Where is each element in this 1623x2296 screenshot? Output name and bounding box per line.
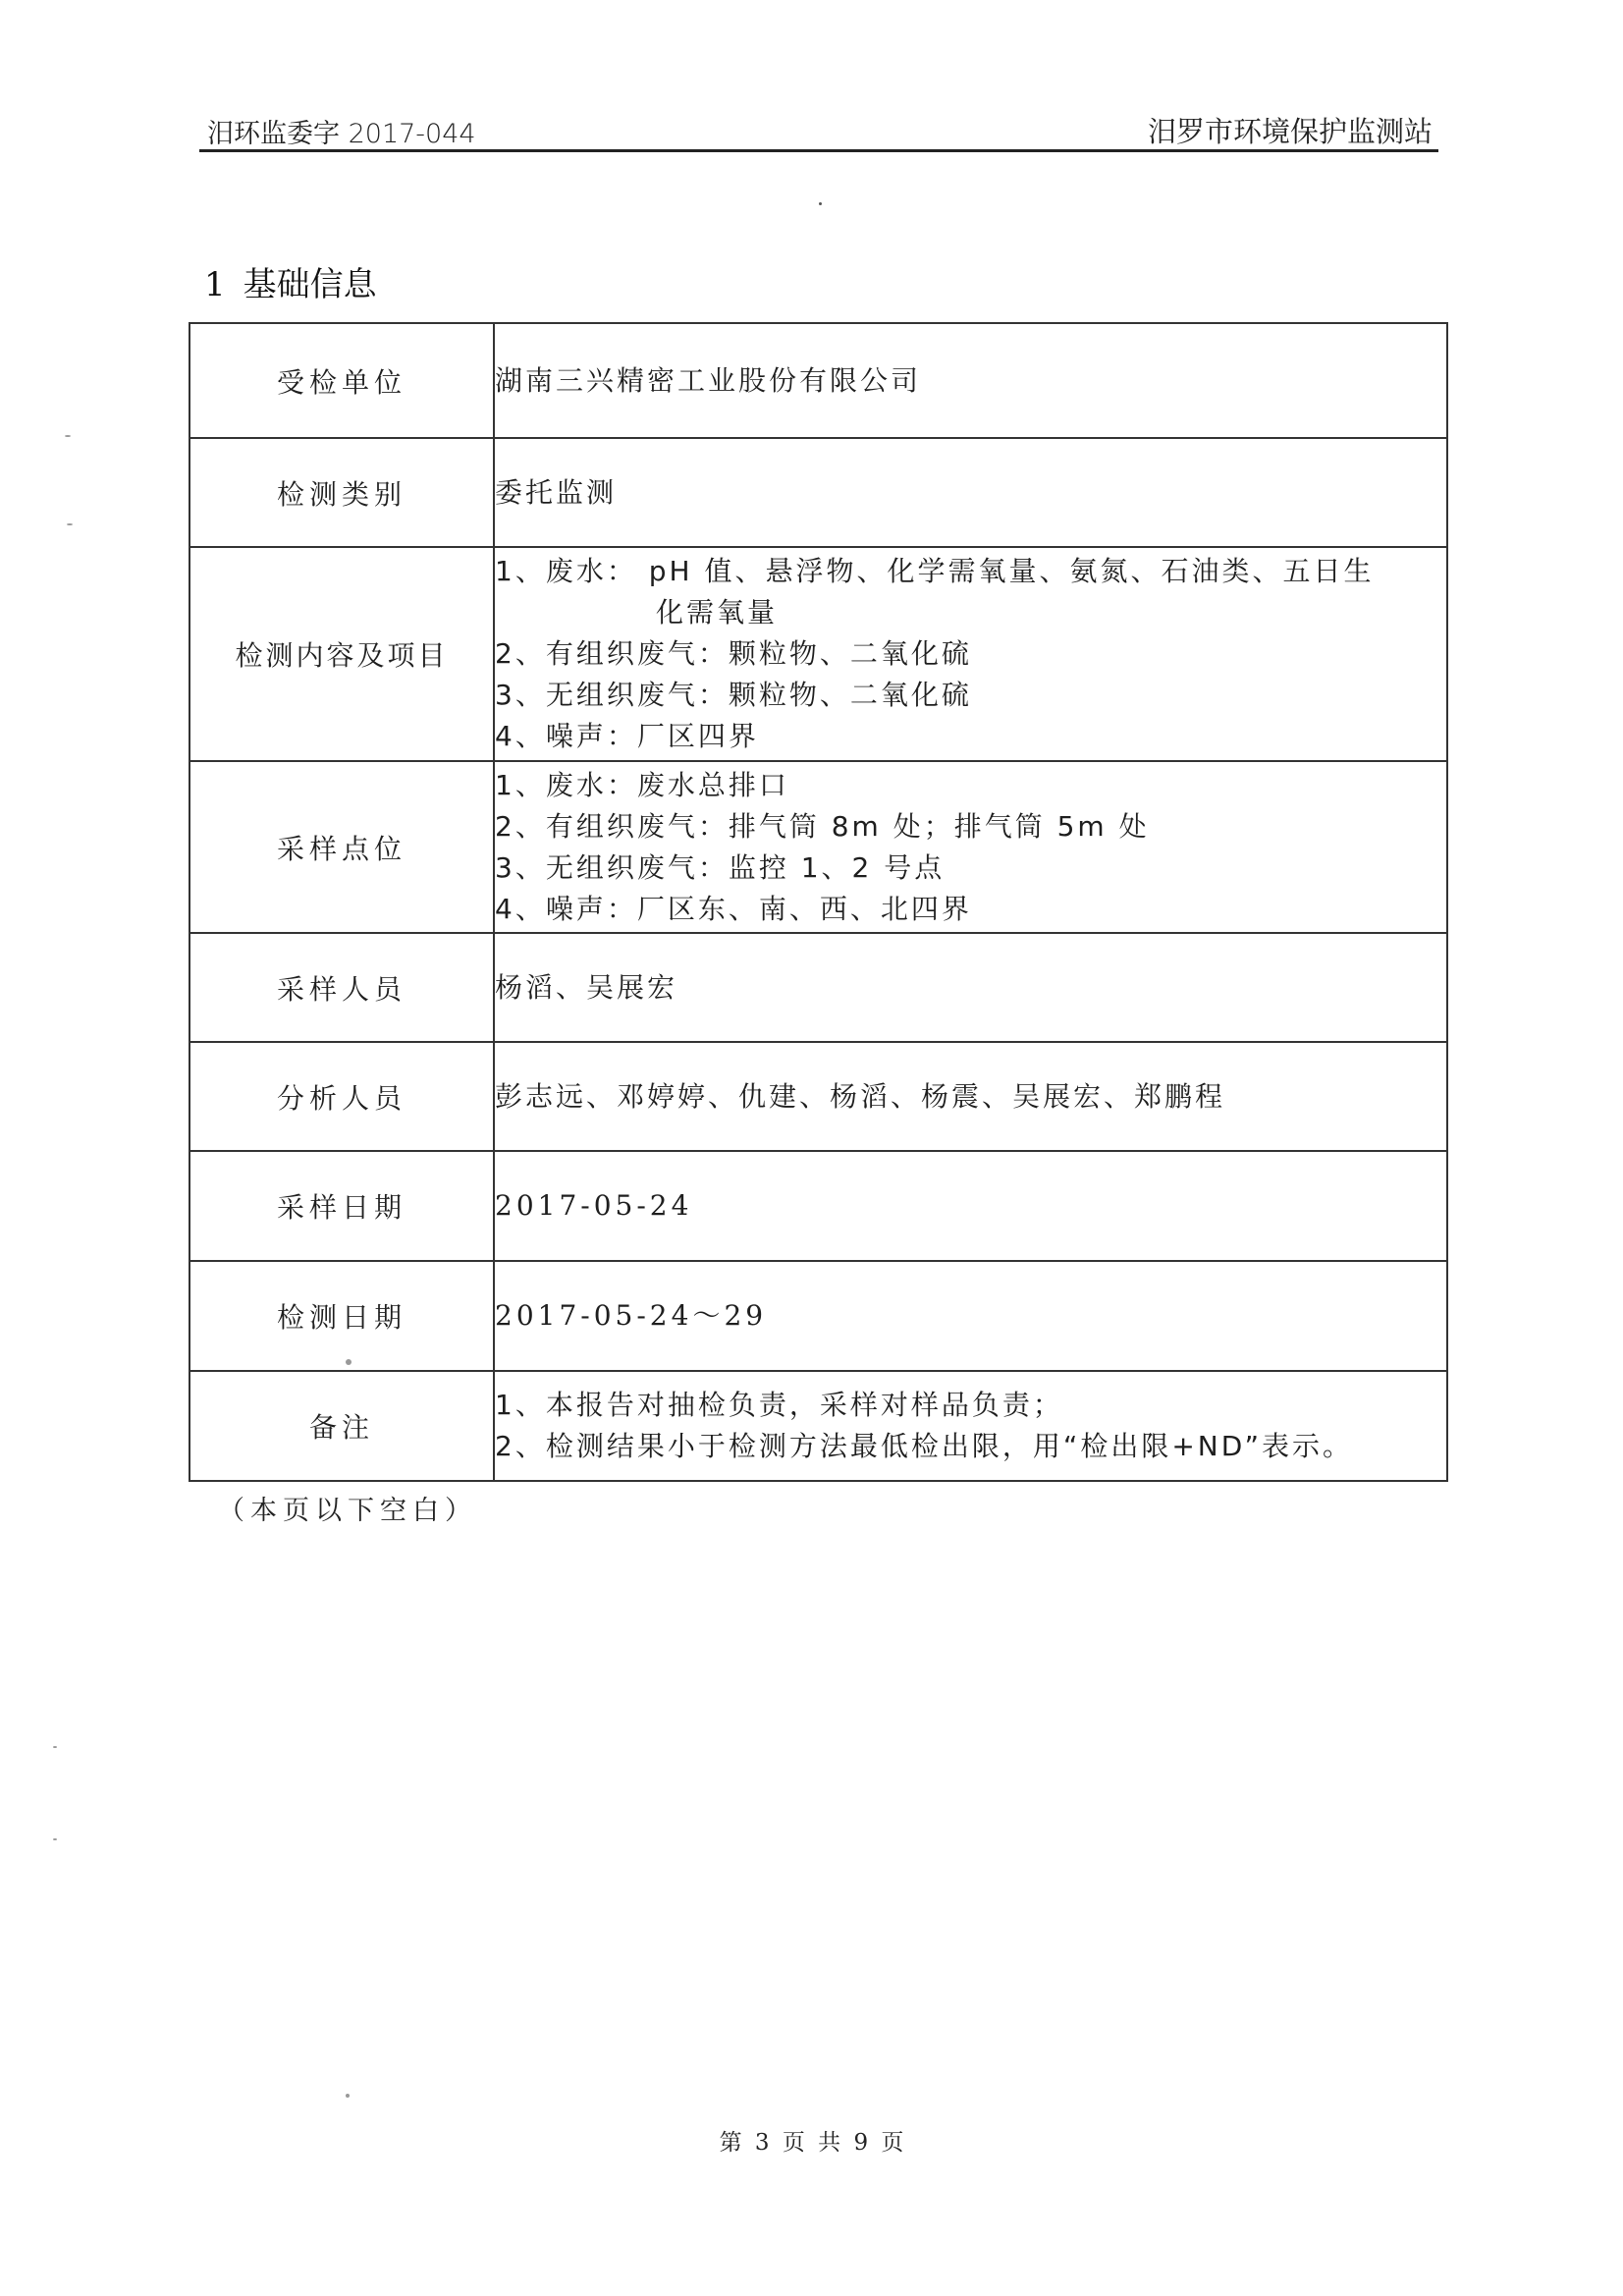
basic-info-table: 受检单位 湖南三兴精密工业股份有限公司 检测类别 委托监测 检测内容及项目 1、… [189, 322, 1448, 1482]
value-line: 1、本报告对抽检负责，采样对样品负责； [495, 1385, 1446, 1426]
scan-speck [53, 1838, 57, 1840]
value-line: 彭志远、邓婷婷、仇建、杨滔、杨震、吴展宏、郑鹏程 [495, 1076, 1446, 1118]
scan-speck [346, 1359, 352, 1365]
scan-speck [819, 202, 822, 205]
row-value: 委托监测 [494, 438, 1447, 547]
row-label: 检测内容及项目 [189, 547, 494, 761]
row-label: 检测日期 [189, 1261, 494, 1371]
value-line: 化需氧量 [495, 592, 1446, 633]
row-value: 杨滔、吴展宏 [494, 933, 1447, 1042]
table-row: 分析人员 彭志远、邓婷婷、仇建、杨滔、杨震、吴展宏、郑鹏程 [189, 1042, 1447, 1151]
row-value: 湖南三兴精密工业股份有限公司 [494, 323, 1447, 438]
table-row: 受检单位 湖南三兴精密工业股份有限公司 [189, 323, 1447, 438]
page-header: 汨环监委字 2017-044 汨罗市环境保护监测站 [199, 106, 1438, 152]
row-value: 1、废水： pH 值、悬浮物、化学需氧量、氨氮、石油类、五日生 化需氧量 2、有… [494, 547, 1447, 761]
row-value: 彭志远、邓婷婷、仇建、杨滔、杨震、吴展宏、郑鹏程 [494, 1042, 1447, 1151]
section-title-text: 基础信息 [243, 265, 377, 304]
value-line: 杨滔、吴展宏 [495, 967, 1446, 1009]
value-line: 3、无组织废气：监控 1、2 号点 [495, 847, 1446, 889]
table-row: 采样日期 2017-05-24 [189, 1151, 1447, 1261]
row-label: 采样日期 [189, 1151, 494, 1261]
scan-speck [67, 523, 73, 525]
value-line: 2、有组织废气：排气筒 8m 处；排气筒 5m 处 [495, 806, 1446, 847]
value-line: 1、废水：废水总排口 [495, 765, 1446, 806]
blank-below-note: （本页以下空白） [218, 1489, 477, 1527]
section-number: 1 [204, 265, 226, 304]
value-line: 2017-05-24～29 [495, 1295, 1446, 1337]
row-value: 1、废水：废水总排口 2、有组织废气：排气筒 8m 处；排气筒 5m 处 3、无… [494, 761, 1447, 933]
table-row: 检测日期 2017-05-24～29 [189, 1261, 1447, 1371]
row-value: 1、本报告对抽检负责，采样对样品负责； 2、检测结果小于检测方法最低检出限，用“… [494, 1371, 1447, 1481]
organization-name: 汨罗市环境保护监测站 [1148, 110, 1433, 150]
table-row: 检测内容及项目 1、废水： pH 值、悬浮物、化学需氧量、氨氮、石油类、五日生 … [189, 547, 1447, 761]
value-line: 3、无组织废气：颗粒物、二氧化硫 [495, 675, 1446, 716]
table-row: 备注 1、本报告对抽检负责，采样对样品负责； 2、检测结果小于检测方法最低检出限… [189, 1371, 1447, 1481]
value-line: 4、噪声：厂区四界 [495, 716, 1446, 757]
value-line: 2017-05-24 [495, 1185, 1446, 1227]
value-line: 委托监测 [495, 472, 1446, 514]
row-value: 2017-05-24～29 [494, 1261, 1447, 1371]
value-line: 湖南三兴精密工业股份有限公司 [495, 360, 1446, 402]
scan-speck [65, 435, 71, 437]
scan-speck [346, 2094, 350, 2098]
row-label: 检测类别 [189, 438, 494, 547]
section-title: 1基础信息 [204, 257, 377, 305]
value-line: 2、检测结果小于检测方法最低检出限，用“检出限+ND”表示。 [495, 1426, 1446, 1467]
table-row: 检测类别 委托监测 [189, 438, 1447, 547]
row-label: 分析人员 [189, 1042, 494, 1151]
table-row: 采样人员 杨滔、吴展宏 [189, 933, 1447, 1042]
row-label: 采样点位 [189, 761, 494, 933]
row-label: 备注 [189, 1371, 494, 1481]
scan-speck [53, 1746, 57, 1748]
value-line: 4、噪声：厂区东、南、西、北四界 [495, 889, 1446, 930]
row-value: 2017-05-24 [494, 1151, 1447, 1261]
value-line: 2、有组织废气：颗粒物、二氧化硫 [495, 633, 1446, 675]
document-number: 汨环监委字 2017-044 [207, 112, 476, 150]
row-label: 采样人员 [189, 933, 494, 1042]
row-label: 受检单位 [189, 323, 494, 438]
value-line: 1、废水： pH 值、悬浮物、化学需氧量、氨氮、石油类、五日生 [495, 551, 1446, 592]
page-number: 第 3 页 共 9 页 [0, 2124, 1623, 2157]
table-row: 采样点位 1、废水：废水总排口 2、有组织废气：排气筒 8m 处；排气筒 5m … [189, 761, 1447, 933]
